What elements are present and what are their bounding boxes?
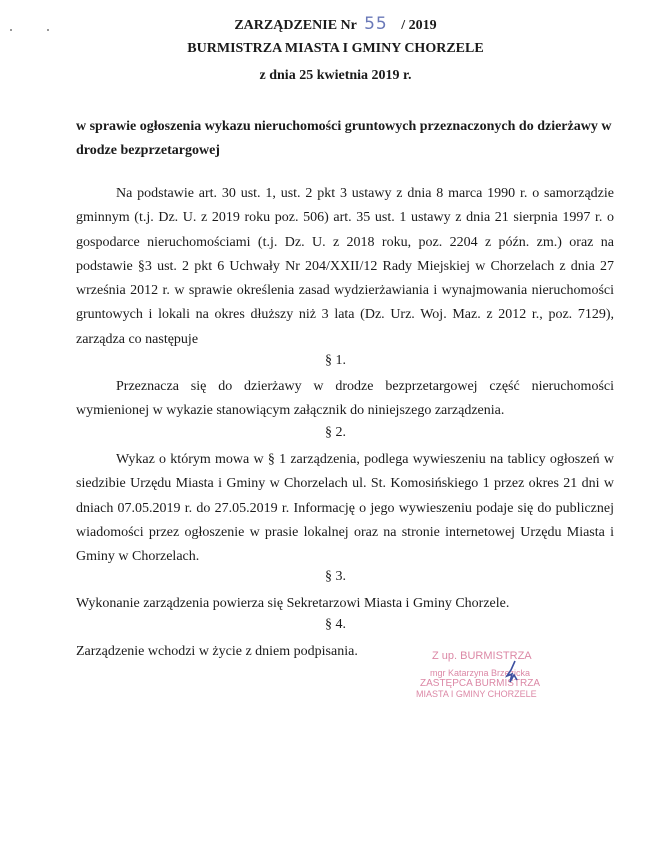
subject: w sprawie ogłoszenia wykazu nieruchomośc… — [76, 115, 616, 163]
section-1-heading: § 1. — [0, 353, 671, 369]
signature-icon — [505, 660, 519, 686]
section-3-heading: § 3. — [0, 569, 671, 585]
document-title: ZARZĄDZENIE Nr 55 / 2019 — [0, 14, 671, 34]
handwritten-number: 55 — [364, 14, 388, 34]
section-1-text: Przeznacza się do dzierżawy w drodze bez… — [76, 375, 614, 424]
preamble: Na podstawie art. 30 ust. 1, ust. 2 pkt … — [76, 182, 614, 352]
section-2-heading: § 2. — [0, 425, 671, 441]
section-2-text: Wykaz o którym mowa w § 1 zarządzenia, p… — [76, 448, 614, 569]
section-3-text: Wykonanie zarządzenia powierza się Sekre… — [76, 592, 614, 616]
section-4-heading: § 4. — [0, 617, 671, 633]
title-prefix: ZARZĄDZENIE Nr — [234, 18, 356, 33]
stamp-line-4: MIASTA I GMINY CHORZELE — [416, 689, 590, 699]
issuer: BURMISTRZA MIASTA I GMINY CHORZELE — [0, 41, 671, 57]
document-date: z dnia 25 kwietnia 2019 r. — [0, 68, 671, 84]
title-year: / 2019 — [401, 18, 436, 33]
